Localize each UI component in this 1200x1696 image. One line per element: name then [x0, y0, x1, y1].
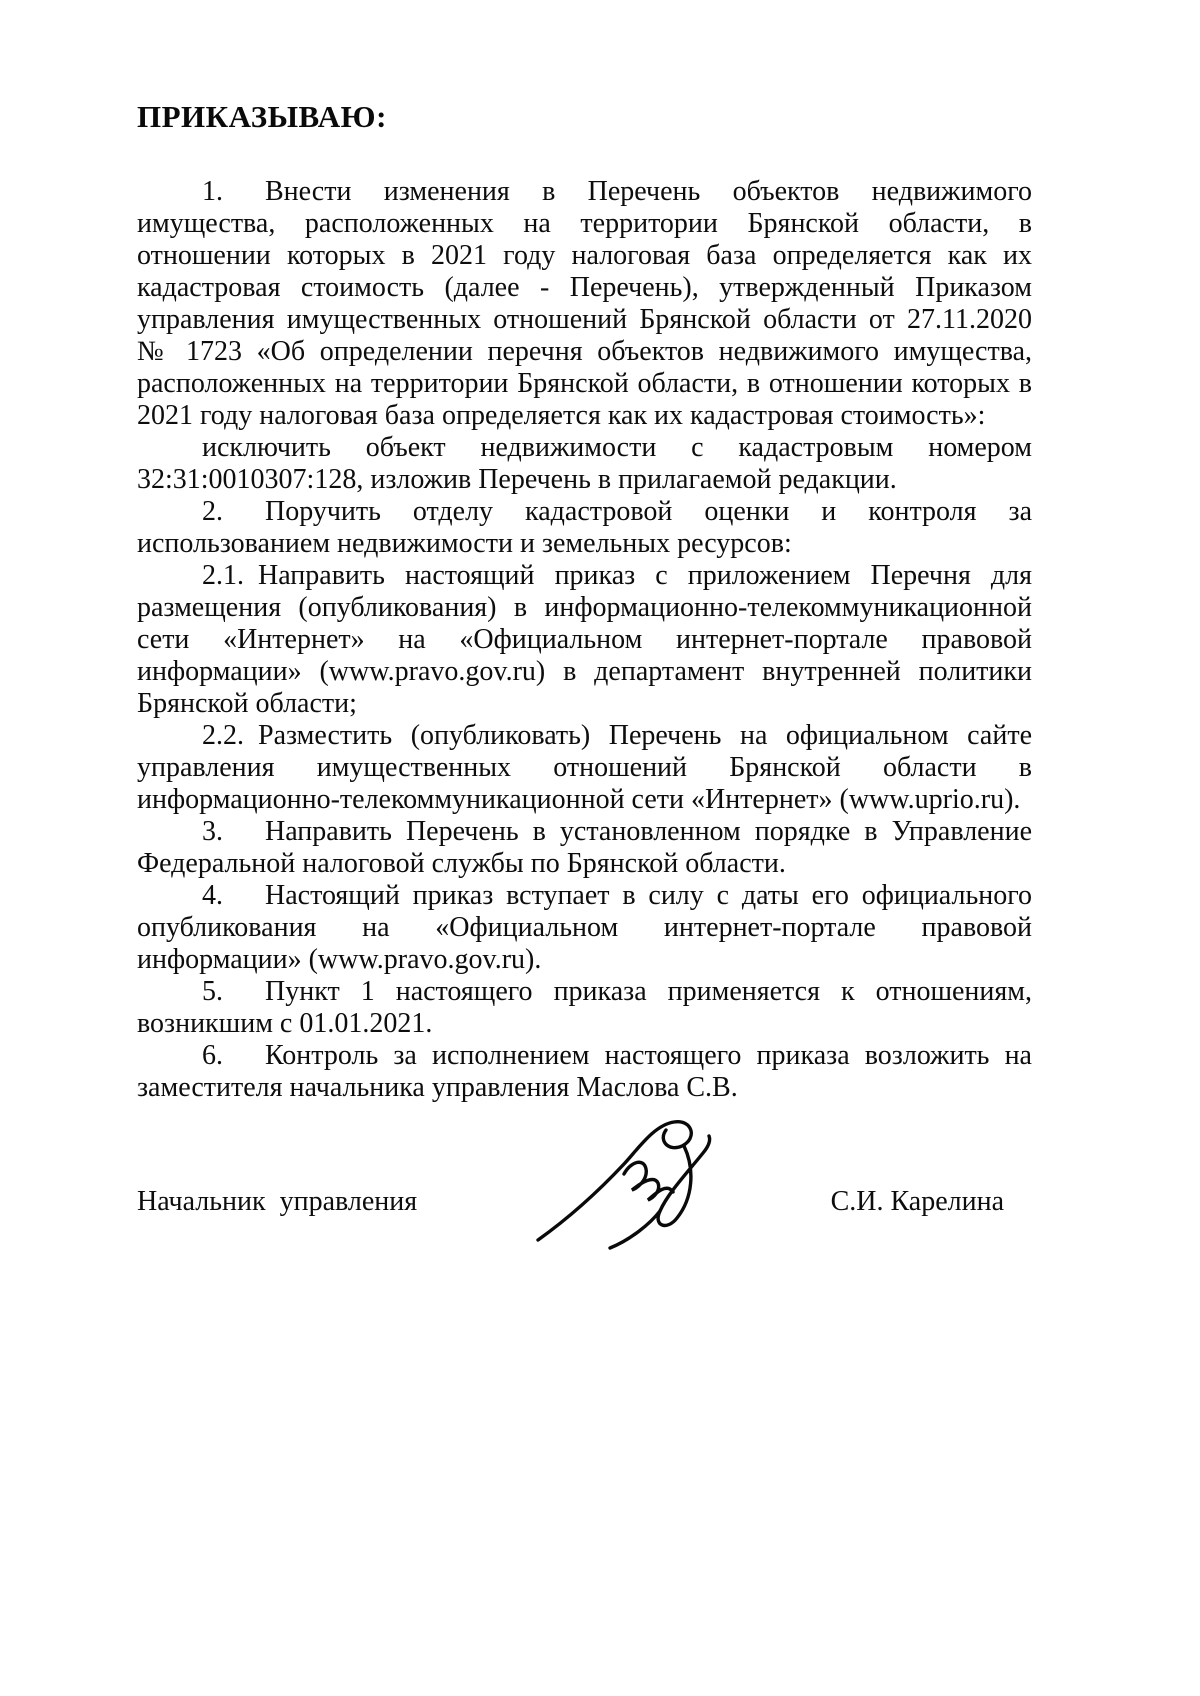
paragraph-item-2-2: 2.2. Разместить (опубликовать) Перечень … — [137, 720, 1032, 816]
paragraph-item-2-1: 2.1. Направить настоящий приказ с прилож… — [137, 560, 1032, 720]
signer-position-label: Начальник управления — [137, 1186, 417, 1218]
paragraph-item-1: 1. Внести изменения в Перечень объектов … — [137, 176, 1032, 432]
document-page: ПРИКАЗЫВАЮ: 1. Внести изменения в Перече… — [0, 0, 1200, 1696]
handwritten-signature-icon — [532, 1112, 728, 1254]
paragraph-item-4: 4. Настоящий приказ вступает в силу с да… — [137, 880, 1032, 976]
paragraph-exclude-object: исключить объект недвижимости с кадастро… — [137, 432, 1032, 496]
order-heading: ПРИКАЗЫВАЮ: — [137, 100, 1032, 134]
paragraph-item-5: 5. Пункт 1 настоящего приказа применяетс… — [137, 976, 1032, 1040]
paragraph-item-6: 6. Контроль за исполнением настоящего пр… — [137, 1040, 1032, 1104]
signer-name: С.И. Карелина — [831, 1186, 1032, 1218]
paragraph-item-3: 3. Направить Перечень в установленном по… — [137, 816, 1032, 880]
order-body: ПРИКАЗЫВАЮ: 1. Внести изменения в Перече… — [137, 100, 1032, 1104]
paragraph-item-2: 2. Поручить отделу кадастровой оценки и … — [137, 496, 1032, 560]
